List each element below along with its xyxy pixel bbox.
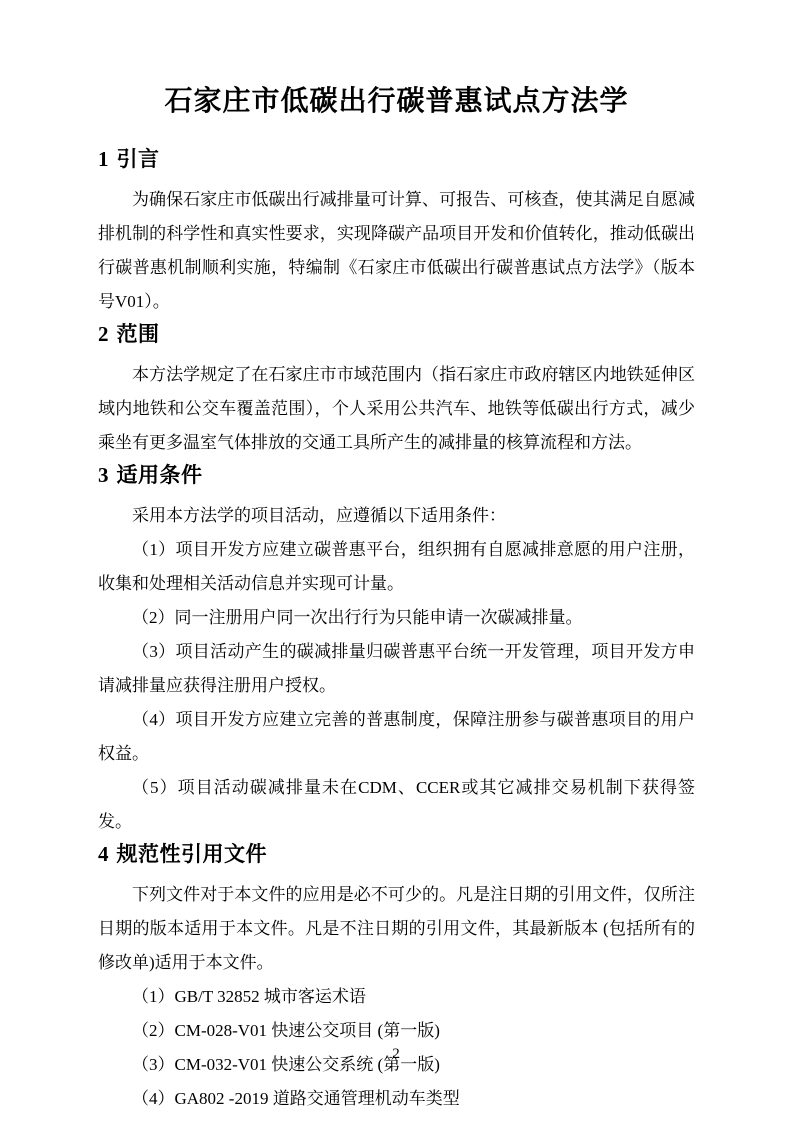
section-normative-references: 4规范性引用文件 下列文件对于本文件的应用是必不可少的。凡是注日期的引用文件，仅… <box>98 839 695 1116</box>
page-number: 2 <box>0 1044 792 1064</box>
section-number: 4 <box>98 842 109 866</box>
section-title: 适用条件 <box>117 464 203 487</box>
condition-item: （1）项目开发方应建立碳普惠平台，组织拥有自愿减排意愿的用户注册，收集和处理相关… <box>98 533 695 601</box>
section-heading-3: 3适用条件 <box>98 460 695 491</box>
condition-item: （4）项目开发方应建立完善的普惠制度，保障注册参与碳普惠项目的用户权益。 <box>98 703 695 771</box>
paragraph: 采用本方法学的项目活动，应遵循以下适用条件： <box>98 499 695 533</box>
reference-item: （4）GA802 -2019 道路交通管理机动车类型 <box>98 1082 695 1116</box>
section-number: 1 <box>98 147 109 171</box>
paragraph: 本方法学规定了在石家庄市市域范围内（指石家庄市政府辖区内地铁延伸区域内地铁和公交… <box>98 358 695 460</box>
reference-item: （1）GB/T 32852 城市客运术语 <box>98 980 695 1014</box>
condition-item: （2）同一注册用户同一次出行行为只能申请一次碳减排量。 <box>98 601 695 635</box>
condition-item: （3）项目活动产生的碳减排量归碳普惠平台统一开发管理，项目开发方申请减排量应获得… <box>98 635 695 703</box>
section-scope: 2范围 本方法学规定了在石家庄市市域范围内（指石家庄市政府辖区内地铁延伸区域内地… <box>98 319 695 460</box>
section-number: 3 <box>98 463 109 487</box>
condition-item: （5）项目活动碳减排量未在CDM、CCER或其它减排交易机制下获得签发。 <box>98 771 695 839</box>
paragraph: 为确保石家庄市低碳出行减排量可计算、可报告、可核查，使其满足自愿减排机制的科学性… <box>98 183 695 319</box>
section-number: 2 <box>98 322 109 346</box>
section-applicability-conditions: 3适用条件 采用本方法学的项目活动，应遵循以下适用条件： （1）项目开发方应建立… <box>98 460 695 839</box>
section-heading-2: 2范围 <box>98 319 695 350</box>
section-title: 范围 <box>117 323 160 346</box>
reference-item: （2）CM-028-V01 快速公交项目 (第一版) <box>98 1014 695 1048</box>
section-title: 引言 <box>117 148 160 171</box>
document-page: 石家庄市低碳出行碳普惠试点方法学 1引言 为确保石家庄市低碳出行减排量可计算、可… <box>0 0 792 1122</box>
paragraph: 下列文件对于本文件的应用是必不可少的。凡是注日期的引用文件，仅所注日期的版本适用… <box>98 878 695 980</box>
section-title: 规范性引用文件 <box>117 843 268 866</box>
section-heading-4: 4规范性引用文件 <box>98 839 695 870</box>
document-title: 石家庄市低碳出行碳普惠试点方法学 <box>98 82 695 120</box>
section-heading-1: 1引言 <box>98 144 695 175</box>
section-introduction: 1引言 为确保石家庄市低碳出行减排量可计算、可报告、可核查，使其满足自愿减排机制… <box>98 144 695 319</box>
